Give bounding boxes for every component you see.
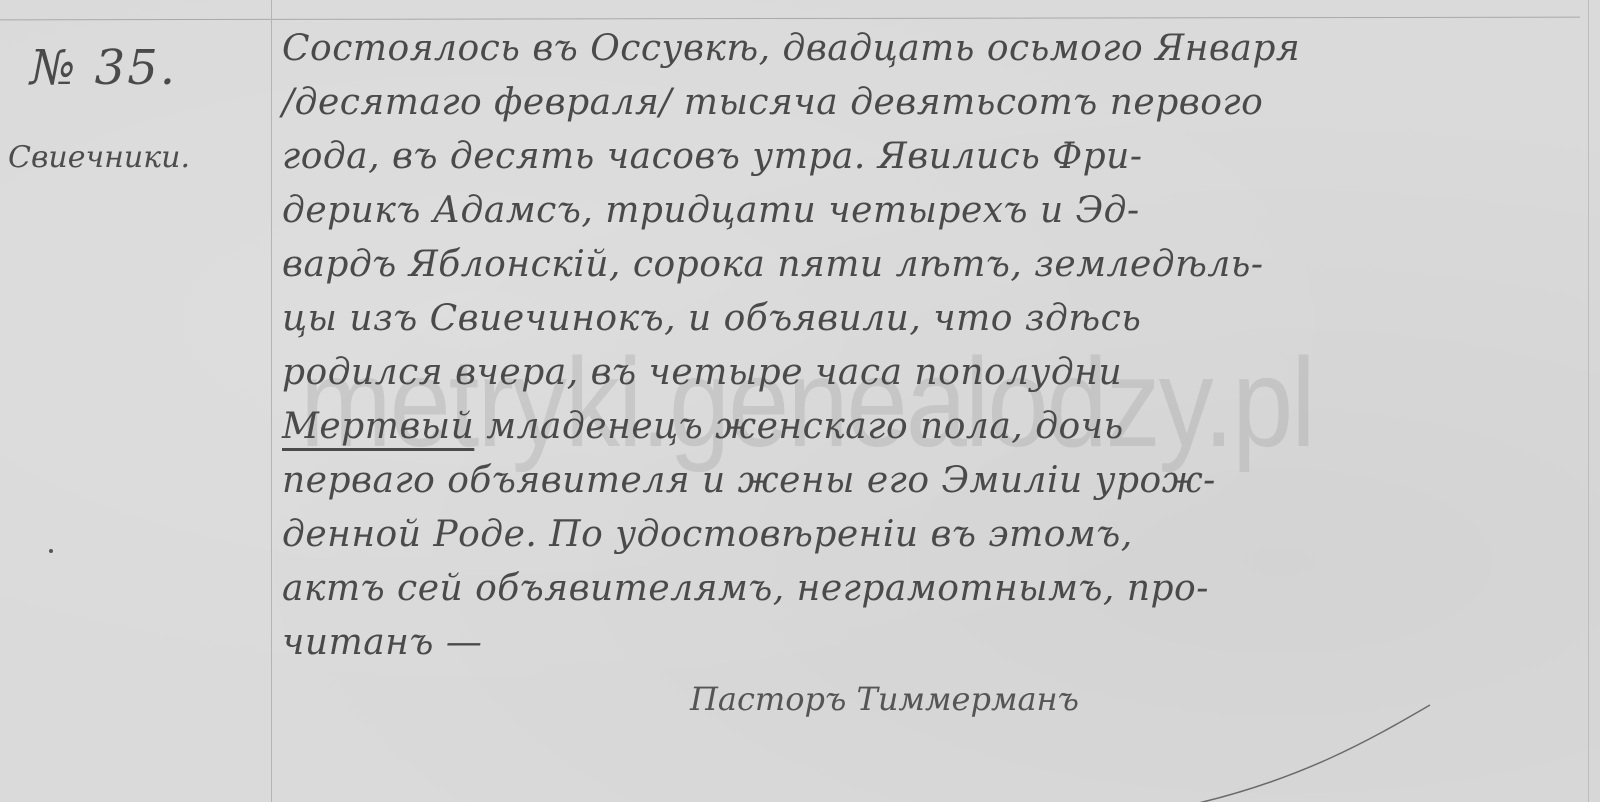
document-page: № 35. Свиечники. metryki.genealodzy.pl С… xyxy=(0,0,1600,802)
record-line-rest: младенецъ женскаго пола, дочь xyxy=(474,406,1123,447)
record-line: родился вчера, въ четыре часа пополудни xyxy=(282,346,1582,400)
entry-number: № 35. xyxy=(30,40,177,96)
pastor-signature: Пасторъ Тиммерманъ xyxy=(690,680,1079,718)
record-line: вардъ Яблонскій, сорока пяти лѣтъ, земле… xyxy=(282,238,1582,292)
record-body: Состоялось въ Оссувкѣ, двадцать осьмого … xyxy=(282,22,1582,670)
record-line: цы изъ Свиечинокъ, и объявили, что здѣсь xyxy=(282,292,1582,346)
record-line-underlined: Мертвый младенецъ женскаго пола, дочь xyxy=(282,400,1582,454)
margin-column: № 35. Свиечники. xyxy=(0,0,270,802)
signature-flourish-icon xyxy=(1150,700,1450,802)
village-name: Свиечники. xyxy=(8,140,190,175)
margin-column-divider xyxy=(271,0,272,802)
record-line: актъ сей объявителямъ, неграмотнымъ, про… xyxy=(282,562,1582,616)
record-line: денной Роде. По удостовѣреніи въ этомъ, xyxy=(282,508,1582,562)
record-line: читанъ — xyxy=(282,616,1582,670)
record-line: /десятаго февраля/ тысяча девятьсотъ пер… xyxy=(282,76,1582,130)
underlined-word: Мертвый xyxy=(282,406,474,447)
ink-speck xyxy=(49,549,53,553)
record-line: перваго объявителя и жены его Эмиліи уро… xyxy=(282,454,1582,508)
record-line: Состоялось въ Оссувкѣ, двадцать осьмого … xyxy=(282,22,1582,76)
right-edge-line xyxy=(1588,0,1589,802)
record-line: дерикъ Адамсъ, тридцати четырехъ и Эд- xyxy=(282,184,1582,238)
record-line: года, въ десять часовъ утра. Явились Фри… xyxy=(282,130,1582,184)
